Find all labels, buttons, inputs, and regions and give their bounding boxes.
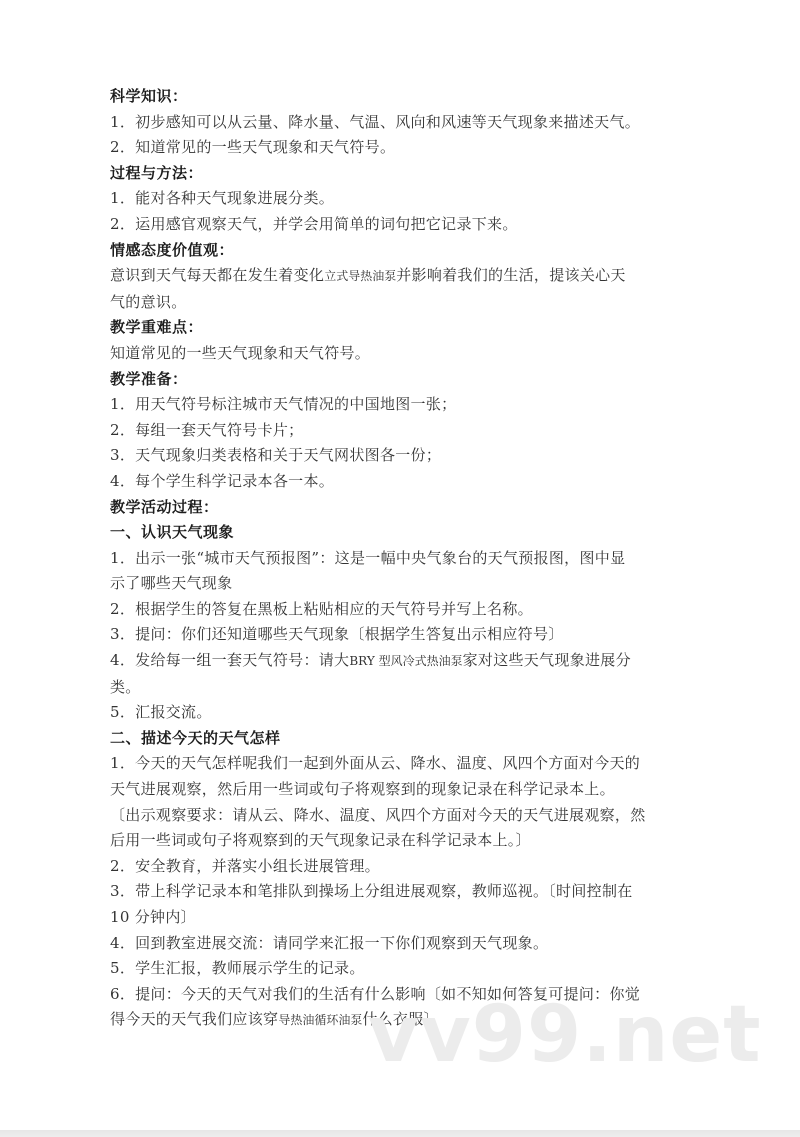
knowledge-item-2: 2．知道常见的一些天气现象和天气符号。 bbox=[110, 135, 690, 161]
part2-item-4: 4．回到教室进展交流：请同学来汇报一下你们观察到天气现象。 bbox=[110, 931, 690, 957]
section-heading-key-points: 教学重难点： bbox=[110, 315, 690, 341]
section-heading-preparation: 教学准备： bbox=[110, 367, 690, 393]
preparation-item-3: 3．天气现象归类表格和关于天气网状图各一份； bbox=[110, 443, 690, 469]
attitude-inline-ad: 立式导热油泵 bbox=[324, 269, 396, 283]
part2-item-1-line-1: 1．今天的天气怎样呢我们一起到外面从云、降水、温度、风四个方面对今天的 bbox=[110, 751, 690, 777]
part1-item-4-line-2: 类。 bbox=[110, 675, 690, 701]
knowledge-item-1: 1．初步感知可以从云量、降水量、气温、风向和风速等天气现象来描述天气。 bbox=[110, 110, 690, 136]
part2-item-3-line-2: 10 分钟内〕 bbox=[110, 905, 690, 931]
part2-note-line-1: 〔出示观察要求：请从云、降水、温度、风四个方面对今天的天气进展观察，然 bbox=[110, 803, 690, 829]
part2-item-6-inline-ad: 导热油循环油泵 bbox=[278, 1013, 362, 1027]
part1-heading: 一、认识天气现象 bbox=[110, 520, 690, 546]
part1-item-3: 3．提问：你们还知道哪些天气现象〔根据学生答复出示相应符号〕 bbox=[110, 622, 690, 648]
part1-item-2: 2．根据学生的答复在黑板上粘贴相应的天气符号并写上名称。 bbox=[110, 597, 690, 623]
part2-item-1-line-2: 天气进展观察，然后用一些词或句子将观察到的现象记录在科学记录本上。 bbox=[110, 777, 690, 803]
part1-item-4-text-b: 家对这些天气现象进展分 bbox=[463, 651, 631, 669]
attitude-text-b: 并影响着我们的生活，提该关心天 bbox=[396, 266, 626, 284]
part2-item-2: 2．安全教育，并落实小组长进展管理。 bbox=[110, 854, 690, 880]
attitude-text-line-1: 意识到天气每天都在发生着变化立式导热油泵并影响着我们的生活，提该关心天 bbox=[110, 263, 690, 290]
key-points-text: 知道常见的一些天气现象和天气符号。 bbox=[110, 341, 690, 367]
document-page: 科学知识： 1．初步感知可以从云量、降水量、气温、风向和风速等天气现象来描述天气… bbox=[0, 0, 800, 1130]
attitude-text-line-2: 气的意识。 bbox=[110, 290, 690, 316]
watermark: vv99.net bbox=[368, 996, 762, 1074]
part1-item-4-line-1: 4．发给每一组一套天气符号：请大BRY 型风冷式热油泵家对这些天气现象进展分 bbox=[110, 648, 690, 675]
attitude-text-a: 意识到天气每天都在发生着变化 bbox=[110, 266, 324, 284]
part2-note-line-2: 后用一些词或句子将观察到的天气现象记录在科学记录本上。〕 bbox=[110, 828, 690, 854]
page-bottom-edge bbox=[0, 1130, 800, 1137]
process-item-1: 1．能对各种天气现象进展分类。 bbox=[110, 186, 690, 212]
section-heading-knowledge: 科学知识： bbox=[110, 84, 690, 110]
part2-item-5: 5．学生汇报，教师展示学生的记录。 bbox=[110, 956, 690, 982]
preparation-item-4: 4．每个学生科学记录本各一本。 bbox=[110, 469, 690, 495]
preparation-item-1: 1．用天气符号标注城市天气情况的中国地图一张； bbox=[110, 392, 690, 418]
preparation-item-2: 2．每组一套天气符号卡片； bbox=[110, 418, 690, 444]
section-heading-attitude: 情感态度价值观： bbox=[110, 238, 690, 264]
section-heading-process: 过程与方法： bbox=[110, 161, 690, 187]
part2-heading: 二、描述今天的天气怎样 bbox=[110, 726, 690, 752]
part1-item-4-inline-ad: BRY 型风冷式热油泵 bbox=[349, 654, 462, 668]
part1-item-4-text-a: 4．发给每一组一套天气符号：请大 bbox=[110, 651, 349, 669]
part2-item-3-line-1: 3．带上科学记录本和笔排队到操场上分组进展观察，教师巡视。〔时间控制在 bbox=[110, 879, 690, 905]
part2-item-6-text-a: 得今天的天气我们应该穿 bbox=[110, 1010, 278, 1028]
section-heading-activities: 教学活动过程： bbox=[110, 495, 690, 521]
process-item-2: 2．运用感官观察天气，并学会用简单的词句把它记录下来。 bbox=[110, 212, 690, 238]
part1-item-1-line-1: 1．出示一张“城市天气预报图”：这是一幅中央气象台的天气预报图，图中显 bbox=[110, 546, 690, 572]
part1-item-1-line-2: 示了哪些天气现象 bbox=[110, 571, 690, 597]
part1-item-5: 5．汇报交流。 bbox=[110, 700, 690, 726]
document-content: 科学知识： 1．初步感知可以从云量、降水量、气温、风向和风速等天气现象来描述天气… bbox=[110, 84, 690, 1034]
